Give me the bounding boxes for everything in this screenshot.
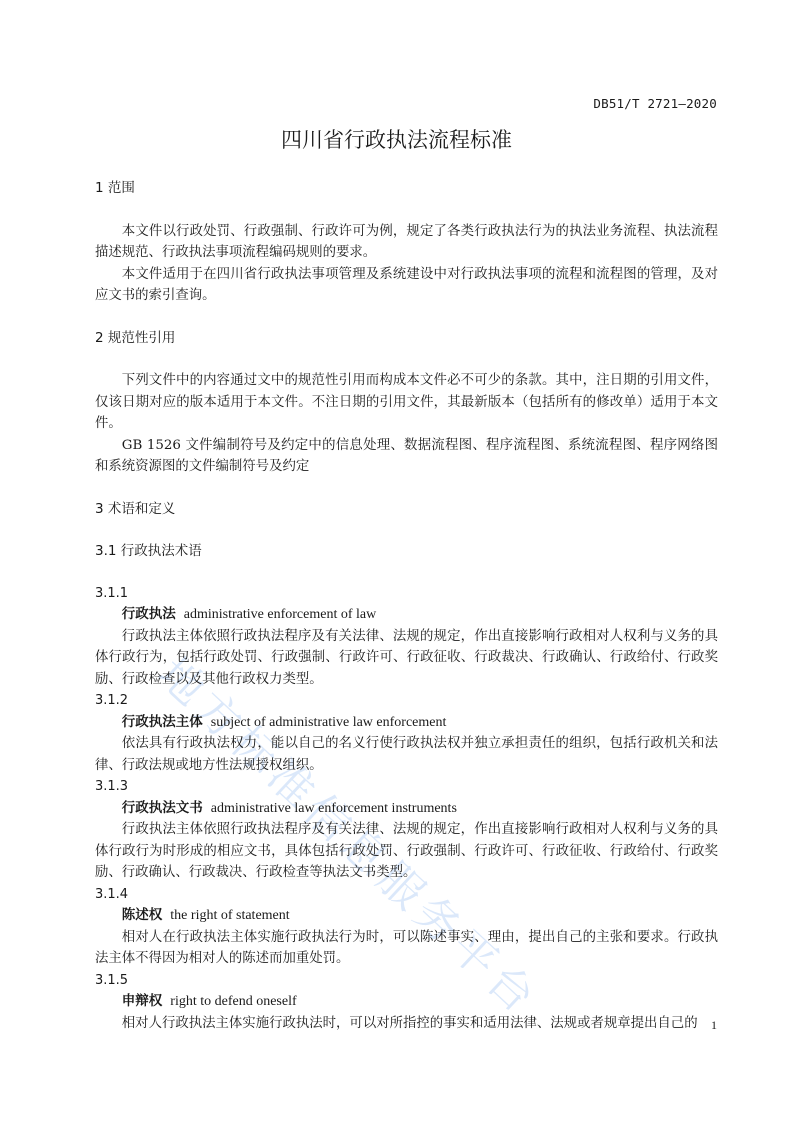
section-1-paragraph: 本文件以行政处罚、行政强制、行政许可为例，规定了各类行政执法行为的执法业务流程、… [95, 221, 718, 264]
section-2-reference: GB 1526 文件编制符号及约定中的信息处理、数据流程图、程序流程图、系统流程… [95, 435, 718, 478]
document-title: 四川省行政执法流程标准 [0, 124, 793, 154]
section-2-paragraph: 下列文件中的内容通过文中的规范性引用而构成本文件必不可少的条款。其中，注日期的引… [95, 370, 718, 435]
term-title: 行政执法主体subject of administrative law enfo… [95, 712, 718, 734]
term-title: 申辩权right to defend oneself [95, 991, 718, 1013]
term-number: 3.1.3 [95, 776, 718, 798]
standard-code: DB51/T 2721—2020 [593, 96, 717, 111]
term-definition: 依法具有行政执法权力，能以自己的名义行使行政执法权并独立承担责任的组织，包括行政… [95, 733, 718, 776]
term-title: 行政执法administrative enforcement of law [95, 604, 718, 626]
term-number: 3.1.2 [95, 690, 718, 712]
term-zh: 行政执法 [122, 606, 176, 622]
term-title: 行政执法文书administrative law enforcement ins… [95, 798, 718, 820]
subsection-3-1-heading: 3.1 行政执法术语 [95, 541, 718, 563]
page-number: 1 [711, 1018, 717, 1033]
term-number: 3.1.1 [95, 583, 718, 605]
term-zh: 陈述权 [122, 907, 163, 923]
section-1-paragraph: 本文件适用于在四川省行政执法事项管理及系统建设中对行政执法事项的流程和流程图的管… [95, 264, 718, 307]
document-body: 1 范围 本文件以行政处罚、行政强制、行政许可为例，规定了各类行政执法行为的执法… [95, 178, 718, 1034]
term-zh: 行政执法文书 [122, 800, 203, 816]
term-zh: 行政执法主体 [122, 714, 203, 730]
section-3-heading: 3 术语和定义 [95, 499, 718, 521]
section-1-heading: 1 范围 [95, 178, 718, 200]
term-en: administrative enforcement of law [184, 607, 376, 622]
term-en: right to defend oneself [170, 994, 296, 1009]
term-definition: 行政执法主体依照行政执法程序及有关法律、法规的规定，作出直接影响行政相对人权利与… [95, 626, 718, 691]
term-en: subject of administrative law enforcemen… [211, 715, 447, 730]
term-title: 陈述权the right of statement [95, 905, 718, 927]
term-zh: 申辩权 [122, 993, 163, 1009]
term-number: 3.1.4 [95, 884, 718, 906]
term-en: administrative law enforcement instrumen… [211, 801, 457, 816]
term-definition: 行政执法主体依照行政执法程序及有关法律、法规的规定，作出直接影响行政相对人权利与… [95, 819, 718, 884]
term-definition: 相对人在行政执法主体实施行政执法行为时，可以陈述事实、理由，提出自己的主张和要求… [95, 927, 718, 970]
term-en: the right of statement [170, 908, 289, 923]
section-2-heading: 2 规范性引用 [95, 328, 718, 350]
term-number: 3.1.5 [95, 970, 718, 992]
term-definition: 相对人行政执法主体实施行政执法时，可以对所指控的事实和适用法律、法规或者规章提出… [95, 1013, 718, 1035]
